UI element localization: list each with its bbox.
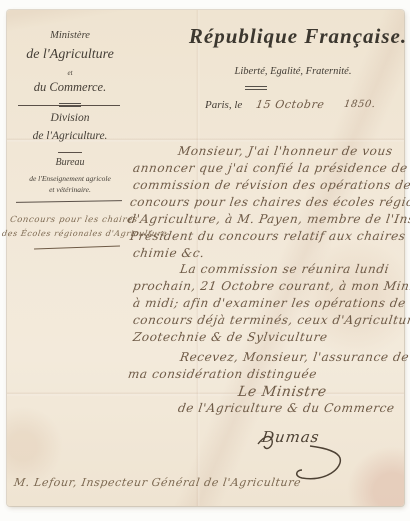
minister-title-line: de l'Agriculture & du Commerce <box>177 401 396 415</box>
ministry-line: du Commerce. <box>34 80 106 95</box>
closing-line: Recevez, Monsieur, l'assurance de <box>179 350 410 364</box>
ministry-line: Ministère <box>50 30 90 41</box>
body-line: commission de révision des opérations de… <box>132 178 410 192</box>
addressee-line: M. Lefour, Inspecteur Général de l'Agric… <box>13 476 302 489</box>
division-line: de l'Agriculture. <box>33 130 108 142</box>
body-line: à midi; afin d'examiner les opérations d… <box>132 296 410 310</box>
body-line: prochain, 21 Octobre courant, à mon Mini… <box>132 279 410 293</box>
body-line: chimie &c. <box>132 246 206 260</box>
annotation-line: Concours pour les chaires <box>9 215 138 225</box>
body-line: Président du concours relatif aux chaire… <box>129 229 410 243</box>
body-line: concours déjà terminés, ceux d'Agricultu… <box>132 313 410 327</box>
division-line: Division <box>51 112 90 124</box>
body-line: Monsieur, J'ai l'honneur de vous <box>177 144 394 158</box>
divider-ornament <box>59 103 81 108</box>
closing-line: ma considération distinguée <box>127 367 318 381</box>
dateline-printed: Paris, le <box>205 99 242 111</box>
ministry-line: de l'Agriculture <box>26 47 114 63</box>
motto: Liberté, Egalité, Fraternité. <box>235 66 352 77</box>
dateline-handwritten-date: 15 Octobre <box>255 98 325 111</box>
dateline-year: 1850. <box>343 99 376 110</box>
bureau-line: de l'Enseignement agricole <box>29 174 111 183</box>
fold-crease <box>7 392 404 396</box>
republic-title: République Française. <box>189 24 407 49</box>
bureau-line: Bureau <box>55 157 84 168</box>
scanned-letter-page: Ministère de l'Agriculture et du Commerc… <box>0 0 410 521</box>
short-divider <box>58 152 82 153</box>
body-line: Zootechnie & de Sylviculture <box>132 330 329 344</box>
body-line: d'Agriculture, à M. Payen, membre de l'I… <box>127 212 410 226</box>
bureau-line: et vétérinaire. <box>49 185 91 194</box>
body-line: annoncer que j'ai confié la présidence d… <box>132 161 410 175</box>
minister-title-line: Le Ministre <box>237 384 328 400</box>
ministry-line: et <box>67 69 72 77</box>
body-line: concours pour les chaires des écoles rég… <box>129 195 410 209</box>
body-line: La commission se réunira lundi <box>179 262 390 276</box>
motto-ornament <box>245 86 267 91</box>
